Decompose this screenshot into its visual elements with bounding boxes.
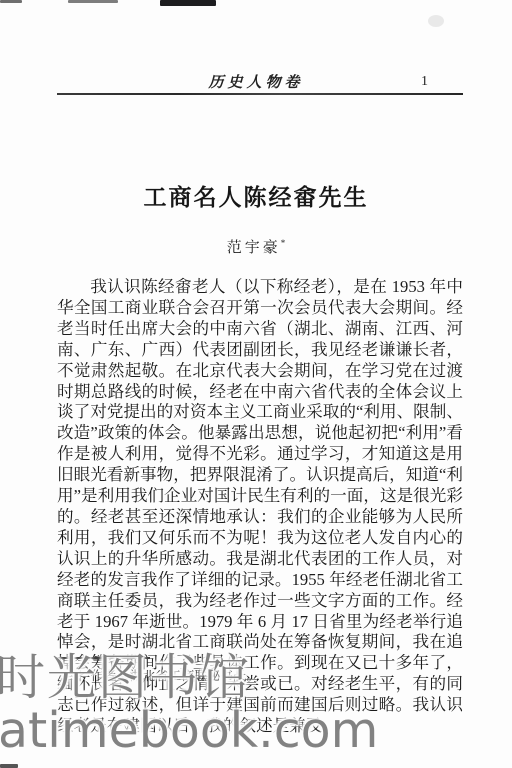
author-footnote-mark: * bbox=[281, 238, 286, 248]
scan-artifact bbox=[68, 0, 118, 3]
page-number: 1 bbox=[421, 74, 428, 90]
scan-artifact bbox=[160, 0, 216, 6]
article-title: 工商名人陈经畬先生 bbox=[0, 179, 512, 212]
watermark-library-name: 时光图书馆 bbox=[0, 651, 251, 705]
author-line: 范宇豪* bbox=[0, 236, 512, 257]
scanned-book-page: 历史人物卷 1 工商名人陈经畬先生 范宇豪* 我认识陈经畬老人（以下称经老），是… bbox=[0, 0, 512, 768]
scan-artifact bbox=[428, 15, 444, 27]
scan-artifact bbox=[0, 764, 18, 768]
scan-artifact bbox=[0, 0, 22, 3]
watermark-website: atimebook.com bbox=[0, 704, 378, 758]
author-name: 范宇豪 bbox=[227, 240, 281, 256]
header-rule bbox=[57, 93, 463, 95]
running-header-title: 历史人物卷 bbox=[0, 71, 512, 92]
